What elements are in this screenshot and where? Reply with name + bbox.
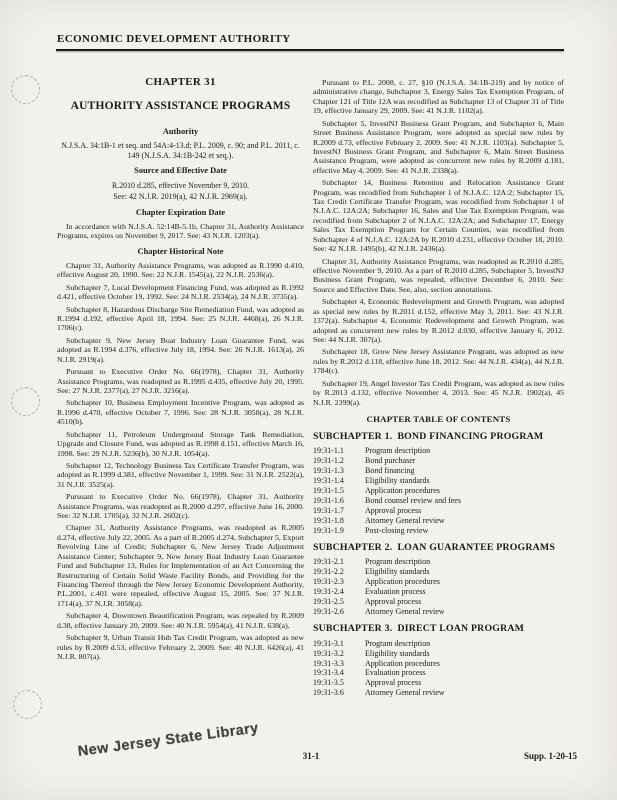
historical-note-paragraphs-continued: Pursuant to P.L. 2008, c. 27, §10 (N.J.S… <box>313 78 564 407</box>
toc-entry-code: 19:31-1.8 <box>313 516 365 526</box>
source-line: See: 42 N.J.R. 2019(a), 42 N.J.R. 2969(a… <box>61 192 300 202</box>
toc-entry: 19:31-2.2 Eligibility standards <box>313 567 564 577</box>
authority-heading: Authority <box>57 127 304 137</box>
chapter-title: AUTHORITY ASSISTANCE PROGRAMS <box>57 100 304 114</box>
toc-entry-code: 19:31-2.1 <box>313 557 365 567</box>
historical-note-paragraph: Subchapter 12, Technology Business Tax C… <box>57 461 304 489</box>
toc-entry-title: Attorney General review <box>365 607 564 617</box>
toc-entry-title: Evaluation process <box>365 668 564 678</box>
historical-note-paragraph: Subchapter 19, Angel Investor Tax Credit… <box>313 379 564 407</box>
toc-entry-title: Eligibility standards <box>365 649 564 659</box>
toc-entry-code: 19:31-3.6 <box>313 688 365 698</box>
right-column: Pursuant to P.L. 2008, c. 27, §10 (N.J.S… <box>313 78 564 698</box>
historical-note-paragraph: Subchapter 4, Downtown Beautification Pr… <box>57 611 304 630</box>
header-rule <box>56 49 564 51</box>
historical-note-paragraph: Pursuant to P.L. 2008, c. 27, §10 (N.J.S… <box>313 78 564 116</box>
toc-entry: 19:31-3.2 Eligibility standards <box>313 649 564 659</box>
toc-entries: 19:31-1.1 Program description 19:31-1.2 … <box>313 446 564 535</box>
historical-note-paragraph: Pursuant to Executive Order No. 66(1978)… <box>57 492 304 520</box>
toc-entry: 19:31-1.9 Post-closing review <box>313 526 564 536</box>
toc-entry-title: Application procedures <box>365 577 564 587</box>
toc-entry-code: 19:31-1.1 <box>313 446 365 456</box>
toc-entry-title: Attorney General review <box>365 688 564 698</box>
toc-entry-code: 19:31-1.9 <box>313 526 365 536</box>
toc-entry: 19:31-1.8 Attorney General review <box>313 516 564 526</box>
toc-entry: 19:31-2.5 Approval process <box>313 597 564 607</box>
toc-entry: 19:31-1.5 Application procedures <box>313 486 564 496</box>
toc-title: CHAPTER TABLE OF CONTENTS <box>313 414 564 425</box>
authority-text: N.J.S.A. 34:1B-1 et seq. and 54A:4-13.d;… <box>61 141 300 160</box>
subchapter-heading: SUBCHAPTER 1. BOND FINANCING PROGRAM <box>313 431 564 443</box>
historical-note-paragraph: Subchapter 10, Business Employment Incen… <box>57 398 304 426</box>
historical-note-paragraph: Subchapter 5, InvestNJ Business Grant Pr… <box>313 119 564 176</box>
toc-entry-title: Attorney General review <box>365 516 564 526</box>
running-header-title: ECONOMIC DEVELOPMENT AUTHORITY <box>57 33 565 45</box>
toc-entry-title: Bond counsel review and fees <box>365 496 564 506</box>
toc-entry: 19:31-3.3 Application procedures <box>313 659 564 669</box>
toc-entry-code: 19:31-3.1 <box>313 639 365 649</box>
toc-entry-code: 19:31-1.4 <box>313 476 365 486</box>
toc-entry-code: 19:31-2.4 <box>313 587 365 597</box>
scanned-document-page: ECONOMIC DEVELOPMENT AUTHORITY CHAPTER 3… <box>0 0 617 800</box>
historical-note-paragraph: Pursuant to Executive Order No. 66(1978)… <box>57 367 304 395</box>
hole-punch-icon <box>11 75 40 104</box>
toc-entry: 19:31-3.5 Approval process <box>313 678 564 688</box>
supplement-label: Supp. 1-20-15 <box>524 751 577 761</box>
page-number: 31-1 <box>57 751 565 761</box>
toc-entry-code: 19:31-2.6 <box>313 607 365 617</box>
historical-note-paragraphs: Chapter 31, Authority Assistance Program… <box>57 261 304 661</box>
toc-entry: 19:31-1.7 Approval process <box>313 506 564 516</box>
toc-entry-code: 19:31-3.5 <box>313 678 365 688</box>
toc-entry-code: 19:31-3.2 <box>313 649 365 659</box>
toc-entry-title: Approval process <box>365 597 564 607</box>
toc-entry-code: 19:31-1.2 <box>313 456 365 466</box>
toc-entry-title: Eligibility standards <box>365 476 564 486</box>
toc-entry-title: Approval process <box>365 678 564 688</box>
toc-entry-code: 19:31-1.3 <box>313 466 365 476</box>
historical-note-paragraph: Chapter 31, Authority Assistance Program… <box>57 523 304 608</box>
historical-note-paragraph: Subchapter 9, Urban Transit Hub Tax Cred… <box>57 633 304 661</box>
toc: SUBCHAPTER 1. BOND FINANCING PROGRAM 19:… <box>313 431 564 699</box>
toc-entry-code: 19:31-1.6 <box>313 496 365 506</box>
toc-entry: 19:31-2.6 Attorney General review <box>313 607 564 617</box>
historical-note-paragraph: Subchapter 11, Petroleum Underground Sto… <box>57 430 304 458</box>
source-effective-date-heading: Source and Effective Date <box>57 166 304 176</box>
toc-entry: 19:31-3.6 Attorney General review <box>313 688 564 698</box>
toc-entry-title: Post-closing review <box>365 526 564 536</box>
toc-entry-code: 19:31-3.3 <box>313 659 365 669</box>
left-column: CHAPTER 31 AUTHORITY ASSISTANCE PROGRAMS… <box>57 76 304 664</box>
toc-subchapter: SUBCHAPTER 2. LOAN GUARANTEE PROGRAMS 19… <box>313 542 564 617</box>
toc-entry-code: 19:31-3.4 <box>313 668 365 678</box>
toc-entry: 19:31-2.3 Application procedures <box>313 577 564 587</box>
chapter-historical-note-heading: Chapter Historical Note <box>57 247 304 257</box>
toc-entries: 19:31-3.1 Program description 19:31-3.2 … <box>313 639 564 698</box>
chapter-expiration-heading: Chapter Expiration Date <box>57 208 304 218</box>
toc-entry-title: Evaluation process <box>365 587 564 597</box>
toc-subchapter: SUBCHAPTER 3. DIRECT LOAN PROGRAM 19:31-… <box>313 623 564 698</box>
historical-note-paragraph: Subchapter 7, Local Development Financin… <box>57 283 304 302</box>
toc-entry-title: Application procedures <box>365 659 564 669</box>
toc-entry-code: 19:31-2.2 <box>313 567 365 577</box>
toc-entry: 19:31-2.4 Evaluation process <box>313 587 564 597</box>
historical-note-paragraph: Subchapter 9, New Jersey Boat Industry L… <box>57 336 304 364</box>
toc-entry-title: Eligibility standards <box>365 567 564 577</box>
toc-subchapter: SUBCHAPTER 1. BOND FINANCING PROGRAM 19:… <box>313 431 564 536</box>
toc-entry-title: Program description <box>365 639 564 649</box>
toc-entry: 19:31-3.1 Program description <box>313 639 564 649</box>
toc-entry: 19:31-1.4 Eligibility standards <box>313 476 564 486</box>
toc-entry: 19:31-1.6 Bond counsel review and fees <box>313 496 564 506</box>
toc-entry-code: 19:31-1.5 <box>313 486 365 496</box>
source-line: R.2010 d.285, effective November 9, 2010… <box>61 181 300 191</box>
toc-entry: 19:31-2.1 Program description <box>313 557 564 567</box>
toc-entry: 19:31-1.2 Bond purchaser <box>313 456 564 466</box>
historical-note-paragraph: Subchapter 14, Business Retention and Re… <box>313 178 564 253</box>
toc-entry-code: 19:31-2.3 <box>313 577 365 587</box>
toc-entry: 19:31-1.3 Bond financing <box>313 466 564 476</box>
historical-note-paragraph: Subchapter 18, Grow New Jersey Assistanc… <box>313 347 564 375</box>
historical-note-paragraph: Chapter 31, Authority Assistance Program… <box>313 257 564 295</box>
toc-entry-title: Program description <box>365 446 564 456</box>
historical-note-paragraph: Subchapter 8, Hazardous Discharge Site R… <box>57 305 304 333</box>
toc-entry-code: 19:31-1.7 <box>313 506 365 516</box>
toc-entry-title: Program description <box>365 557 564 567</box>
historical-note-paragraph: Subchapter 4, Economic Redevelopment and… <box>313 297 564 344</box>
subchapter-heading: SUBCHAPTER 2. LOAN GUARANTEE PROGRAMS <box>313 542 564 554</box>
toc-entry: 19:31-1.1 Program description <box>313 446 564 456</box>
hole-punch-icon <box>11 387 40 416</box>
toc-entry-code: 19:31-2.5 <box>313 597 365 607</box>
chapter-label: CHAPTER 31 <box>57 76 304 89</box>
chapter-expiration-text: In accordance with N.J.S.A. 52:14B-5.1b,… <box>57 222 304 241</box>
toc-entry-title: Bond financing <box>365 466 564 476</box>
toc-entries: 19:31-2.1 Program description 19:31-2.2 … <box>313 557 564 616</box>
toc-entry-title: Application procedures <box>365 486 564 496</box>
toc-entry: 19:31-3.4 Evaluation process <box>313 668 564 678</box>
toc-entry-title: Approval process <box>365 506 564 516</box>
subchapter-heading: SUBCHAPTER 3. DIRECT LOAN PROGRAM <box>313 623 564 635</box>
historical-note-paragraph: Chapter 31, Authority Assistance Program… <box>57 261 304 280</box>
toc-entry-title: Bond purchaser <box>365 456 564 466</box>
hole-punch-icon <box>13 690 42 719</box>
